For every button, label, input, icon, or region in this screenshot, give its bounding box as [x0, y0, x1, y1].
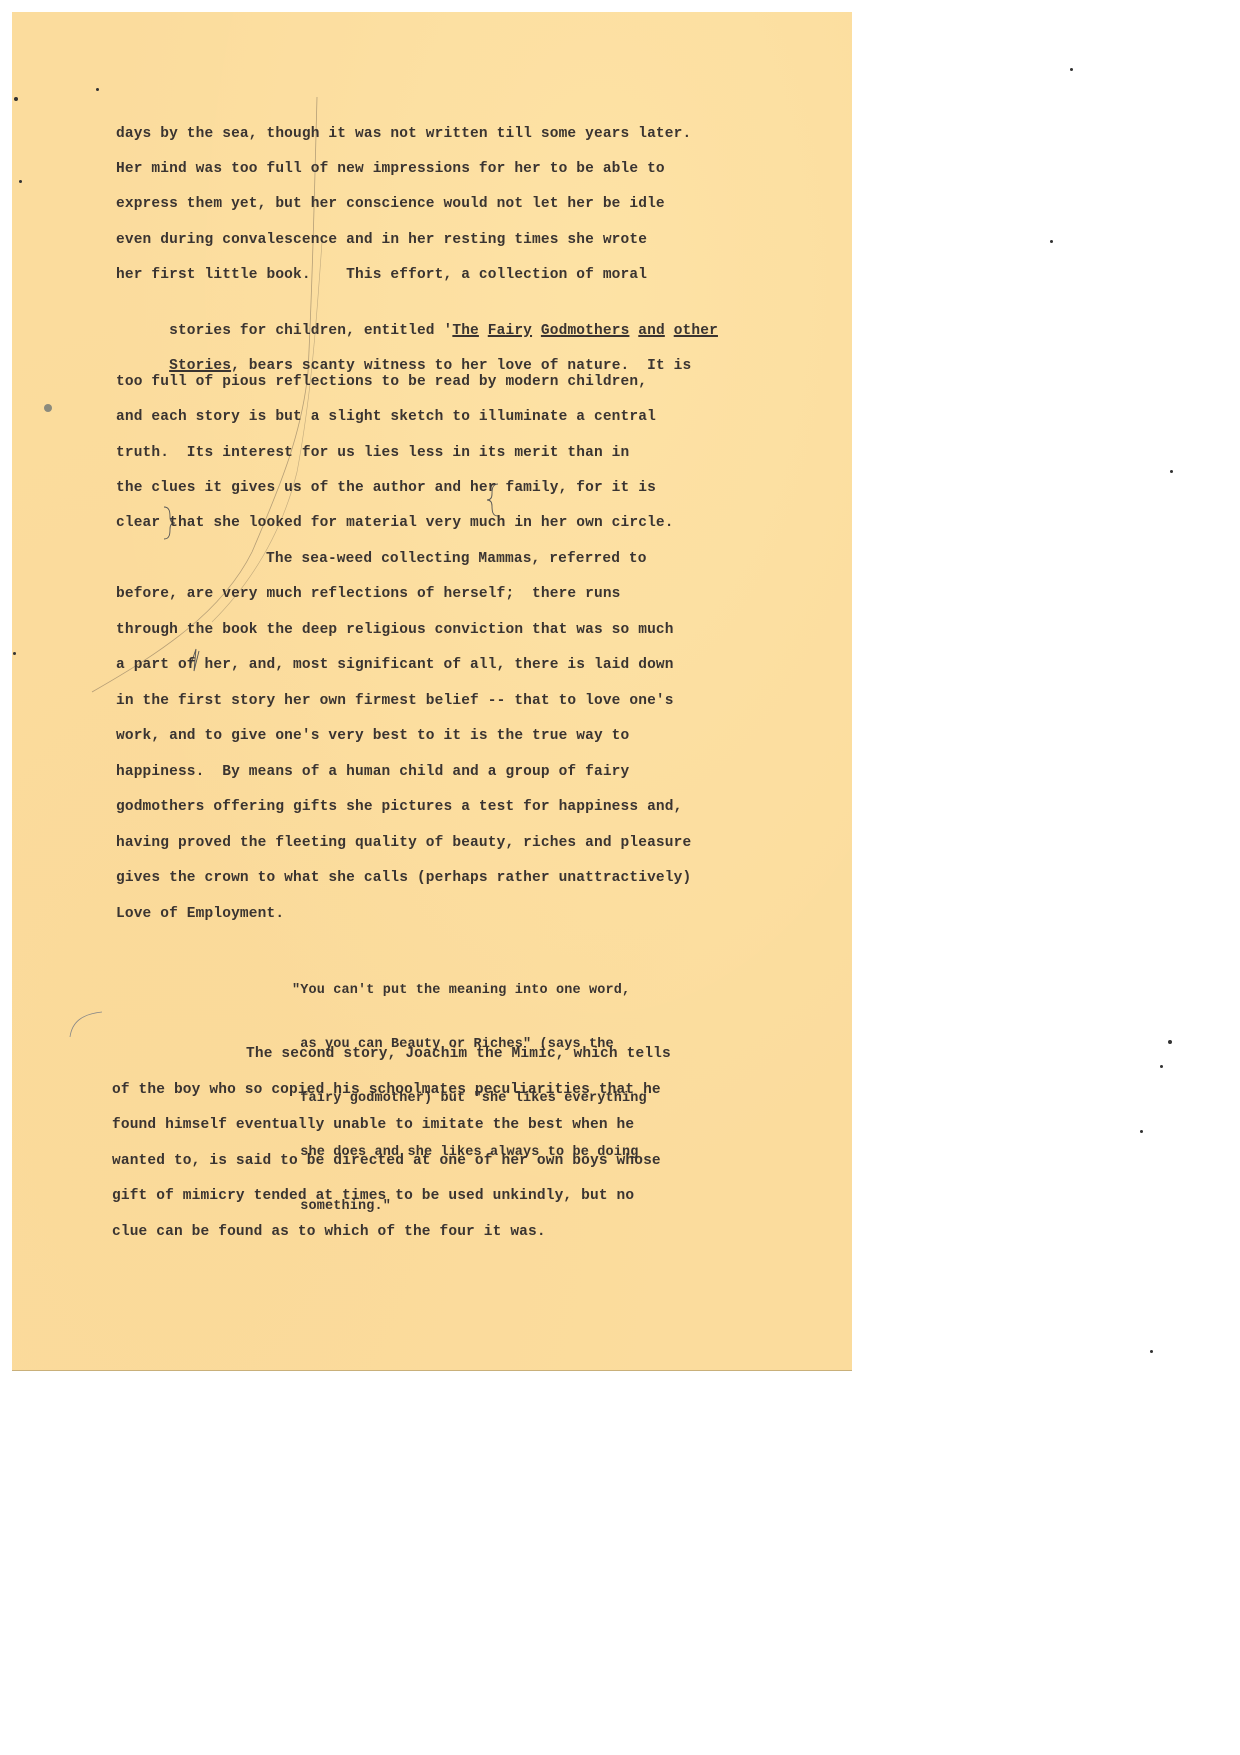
text-line: Her mind was too full of new impressions…	[116, 159, 665, 179]
text-line: the clues it gives us of the author and …	[116, 478, 656, 498]
scan-speck	[1160, 1065, 1163, 1068]
scan-speck	[1170, 470, 1173, 473]
text-line: and each story is but a slight sketch to…	[116, 407, 656, 427]
ink-speck	[14, 97, 18, 101]
text-line: clue can be found as to which of the fou…	[112, 1222, 546, 1242]
text-line: a part of her, and, most significant of …	[116, 655, 674, 675]
ink-speck	[13, 652, 16, 655]
text-line: wanted to, is said to be directed at one…	[112, 1151, 661, 1171]
text-line: found himself eventually unable to imita…	[112, 1115, 634, 1135]
ink-speck	[44, 404, 52, 412]
scan-speck	[1050, 240, 1053, 243]
text-line: gift of mimicry tended at times to be us…	[112, 1186, 634, 1206]
text-line: in the first story her own firmest belie…	[116, 691, 674, 711]
text-line-title: stories for children, entitled 'The Fair…	[116, 301, 718, 321]
text-line: godmothers offering gifts she pictures a…	[116, 797, 683, 817]
text-line: clear that she looked for material very …	[116, 513, 674, 533]
text-line: too full of pious reflections to be read…	[116, 372, 647, 392]
ink-speck	[19, 180, 22, 183]
text-line: having proved the fleeting quality of be…	[116, 833, 691, 853]
scan-speck	[1150, 1350, 1153, 1353]
scan-speck	[1070, 68, 1073, 71]
quote-line: "You can't put the meaning into one word…	[292, 982, 647, 1000]
text-line: gives the crown to what she calls (perha…	[116, 868, 691, 888]
text-line-title-cont: Stories, bears scanty witness to her lov…	[116, 336, 691, 356]
text-line: of the boy who so copied his schoolmates…	[112, 1080, 661, 1100]
text-line: through the book the deep religious conv…	[116, 620, 674, 640]
text-line: express them yet, but her conscience wou…	[116, 194, 665, 214]
scan-speck	[1140, 1130, 1143, 1133]
text-line-indented: The sea-weed collecting Mammas, referred…	[266, 549, 647, 569]
ink-speck	[96, 88, 99, 91]
text-line: her first little book. This effort, a co…	[116, 265, 647, 285]
text-line: Love of Employment.	[116, 904, 284, 924]
scan-speck	[1168, 1040, 1172, 1044]
manuscript-page: days by the sea, though it was not writt…	[12, 12, 852, 1370]
text-line: before, are very much reflections of her…	[116, 584, 621, 604]
text-line: days by the sea, though it was not writt…	[116, 124, 691, 144]
text-line: happiness. By means of a human child and…	[116, 762, 629, 782]
text-line: truth. Its interest for us lies less in …	[116, 443, 629, 463]
text-line: even during convalescence and in her res…	[116, 230, 647, 250]
text-line: work, and to give one's very best to it …	[116, 726, 629, 746]
text-line-indented: The second story, Joachim the Mimic, whi…	[246, 1044, 671, 1064]
